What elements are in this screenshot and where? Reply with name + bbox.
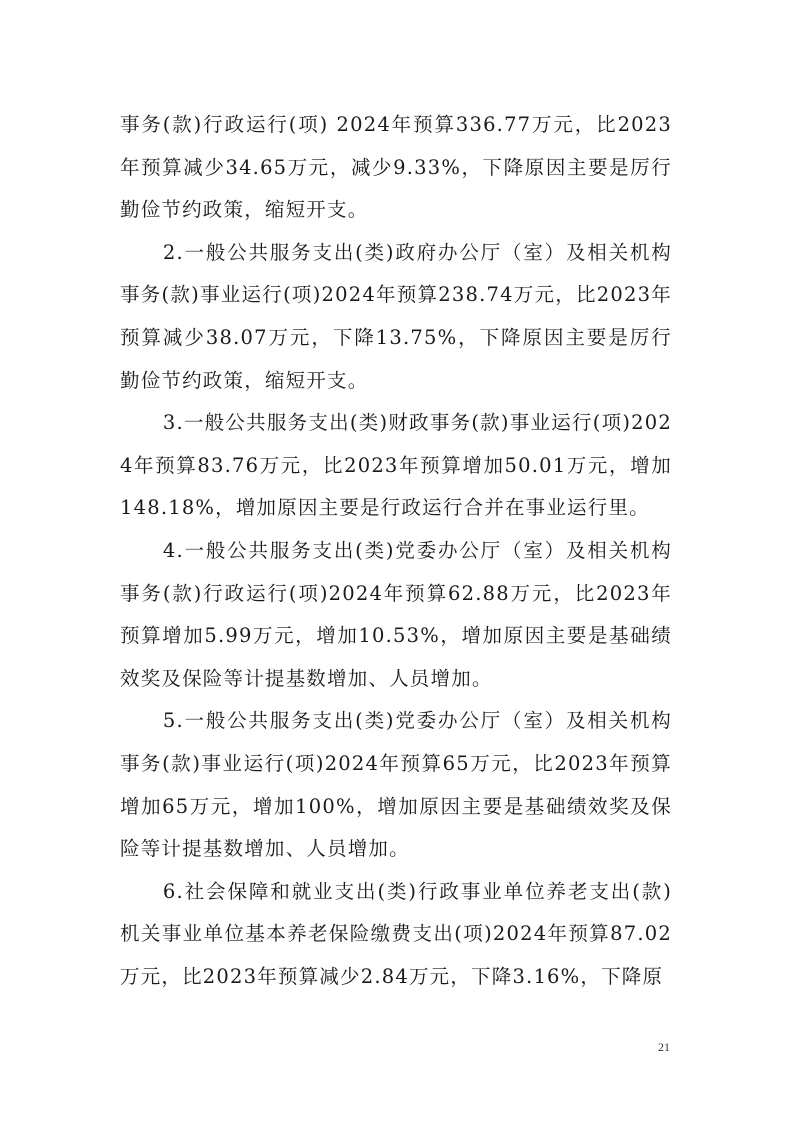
paragraph-item-6: 6.社会保障和就业支出(类)行政事业单位养老支出(款)机关事业单位基本养老保险缴… <box>120 871 672 999</box>
paragraph-item-3: 3.一般公共服务支出(类)财政事务(款)事业运行(项)2024年预算83.76万… <box>120 402 672 530</box>
paragraph-item-2: 2.一般公共服务支出(类)政府办公厅（室）及相关机构事务(款)事业运行(项)20… <box>120 232 672 402</box>
paragraph-item-5: 5.一般公共服务支出(类)党委办公厅（室）及相关机构事务(款)事业运行(项)20… <box>120 700 672 870</box>
document-page: 事务(款)行政运行(项) 2024年预算336.77万元，比2023年预算减少3… <box>0 0 793 1122</box>
paragraph-1-continuation: 事务(款)行政运行(项) 2024年预算336.77万元，比2023年预算减少3… <box>120 104 672 232</box>
paragraph-item-4: 4.一般公共服务支出(类)党委办公厅（室）及相关机构事务(款)行政运行(项)20… <box>120 530 672 700</box>
page-number: 21 <box>658 1040 670 1055</box>
body-text: 事务(款)行政运行(项) 2024年预算336.77万元，比2023年预算减少3… <box>120 104 672 998</box>
